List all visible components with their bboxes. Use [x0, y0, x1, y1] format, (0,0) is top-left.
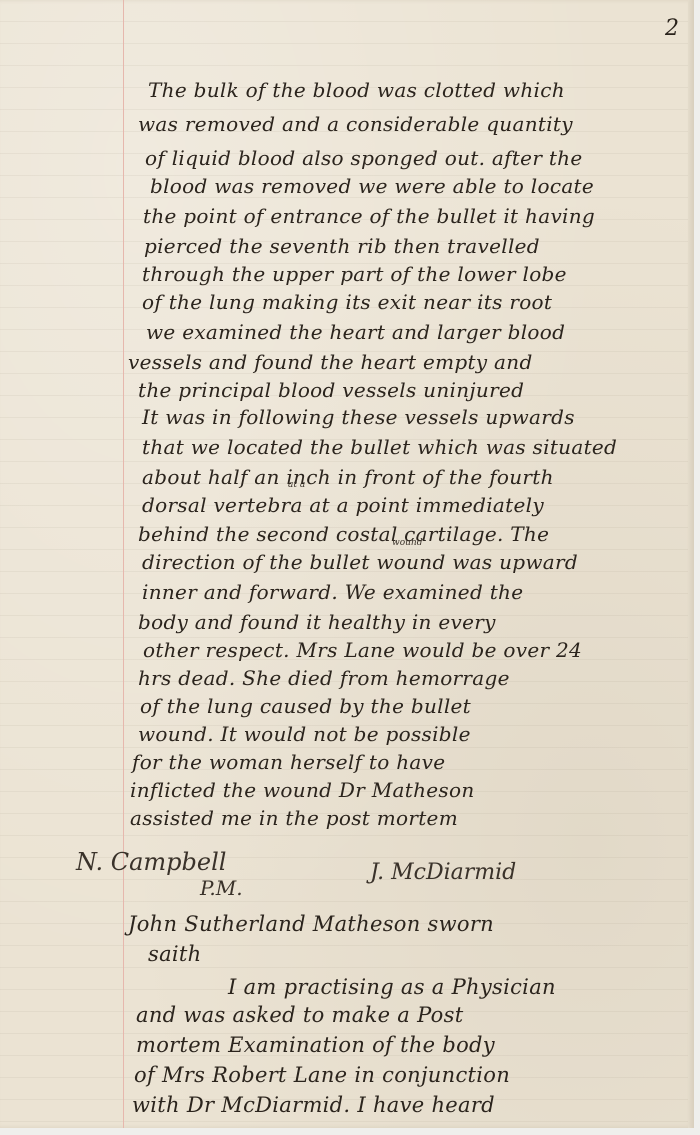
body-line: It was in following these vessels upward… — [142, 405, 575, 429]
body-line: assisted me in the post mortem — [130, 806, 458, 830]
interlinear-insertion: wound — [392, 538, 422, 548]
body-line: vessels and found the heart empty and — [128, 350, 533, 374]
document-page: 2 The bulk of the blood was clotted whic… — [0, 0, 694, 1128]
deposition-heading: saith — [148, 942, 201, 966]
body-line: pierced the seventh rib then travelled — [144, 234, 540, 258]
body-line: of the lung making its exit near its roo… — [142, 290, 552, 314]
body-line: other respect. Mrs Lane would be over 24 — [143, 638, 582, 662]
body-line: dorsal vertebra at a point immediately — [142, 493, 544, 517]
body-line: The bulk of the blood was clotted which — [148, 78, 565, 102]
body-line: that we located the bullet which was sit… — [142, 435, 617, 459]
deposition-line: mortem Examination of the body — [136, 1033, 495, 1057]
signature-left-title: P.M. — [200, 876, 243, 900]
body-line: the point of entrance of the bullet it h… — [143, 204, 595, 228]
body-line: of the lung caused by the bullet — [140, 694, 471, 718]
body-line: of liquid blood also sponged out. after … — [145, 146, 583, 170]
body-line: for the woman herself to have — [132, 750, 445, 774]
body-line: the principal blood vessels uninjured — [138, 378, 524, 402]
body-line: blood was removed we were able to locate — [150, 174, 594, 198]
deposition-heading: John Sutherland Matheson sworn — [128, 912, 494, 936]
deposition-line: and was asked to make a Post — [136, 1003, 463, 1027]
deposition-line: with Dr McDiarmid. I have heard — [132, 1093, 495, 1117]
body-line: we examined the heart and larger blood — [146, 320, 565, 344]
paper-edge — [688, 0, 694, 1128]
body-line: about half an inch in front of the fourt… — [142, 465, 554, 489]
deposition-line: of Mrs Robert Lane in conjunction — [134, 1063, 510, 1087]
interlinear-insertion: at a — [288, 480, 305, 490]
body-line: wound. It would not be possible — [138, 722, 471, 746]
body-line: behind the second costal cartilage. The — [138, 522, 549, 546]
margin-rule — [123, 0, 124, 1128]
body-line: was removed and a considerable quantity — [138, 112, 573, 136]
body-line: direction of the bullet wound was upward — [142, 550, 578, 574]
body-line: hrs dead. She died from hemorrage — [138, 666, 510, 690]
body-line: inflicted the wound Dr Matheson — [130, 778, 475, 802]
page-number: 2 — [665, 16, 679, 41]
body-line: body and found it healthy in every — [138, 610, 496, 634]
signature-left: N. Campbell — [76, 848, 226, 876]
deposition-line: I am practising as a Physician — [228, 975, 556, 999]
body-line: inner and forward. We examined the — [142, 580, 523, 604]
body-line: through the upper part of the lower lobe — [142, 262, 567, 286]
signature-right: J. McDiarmid — [370, 860, 516, 885]
